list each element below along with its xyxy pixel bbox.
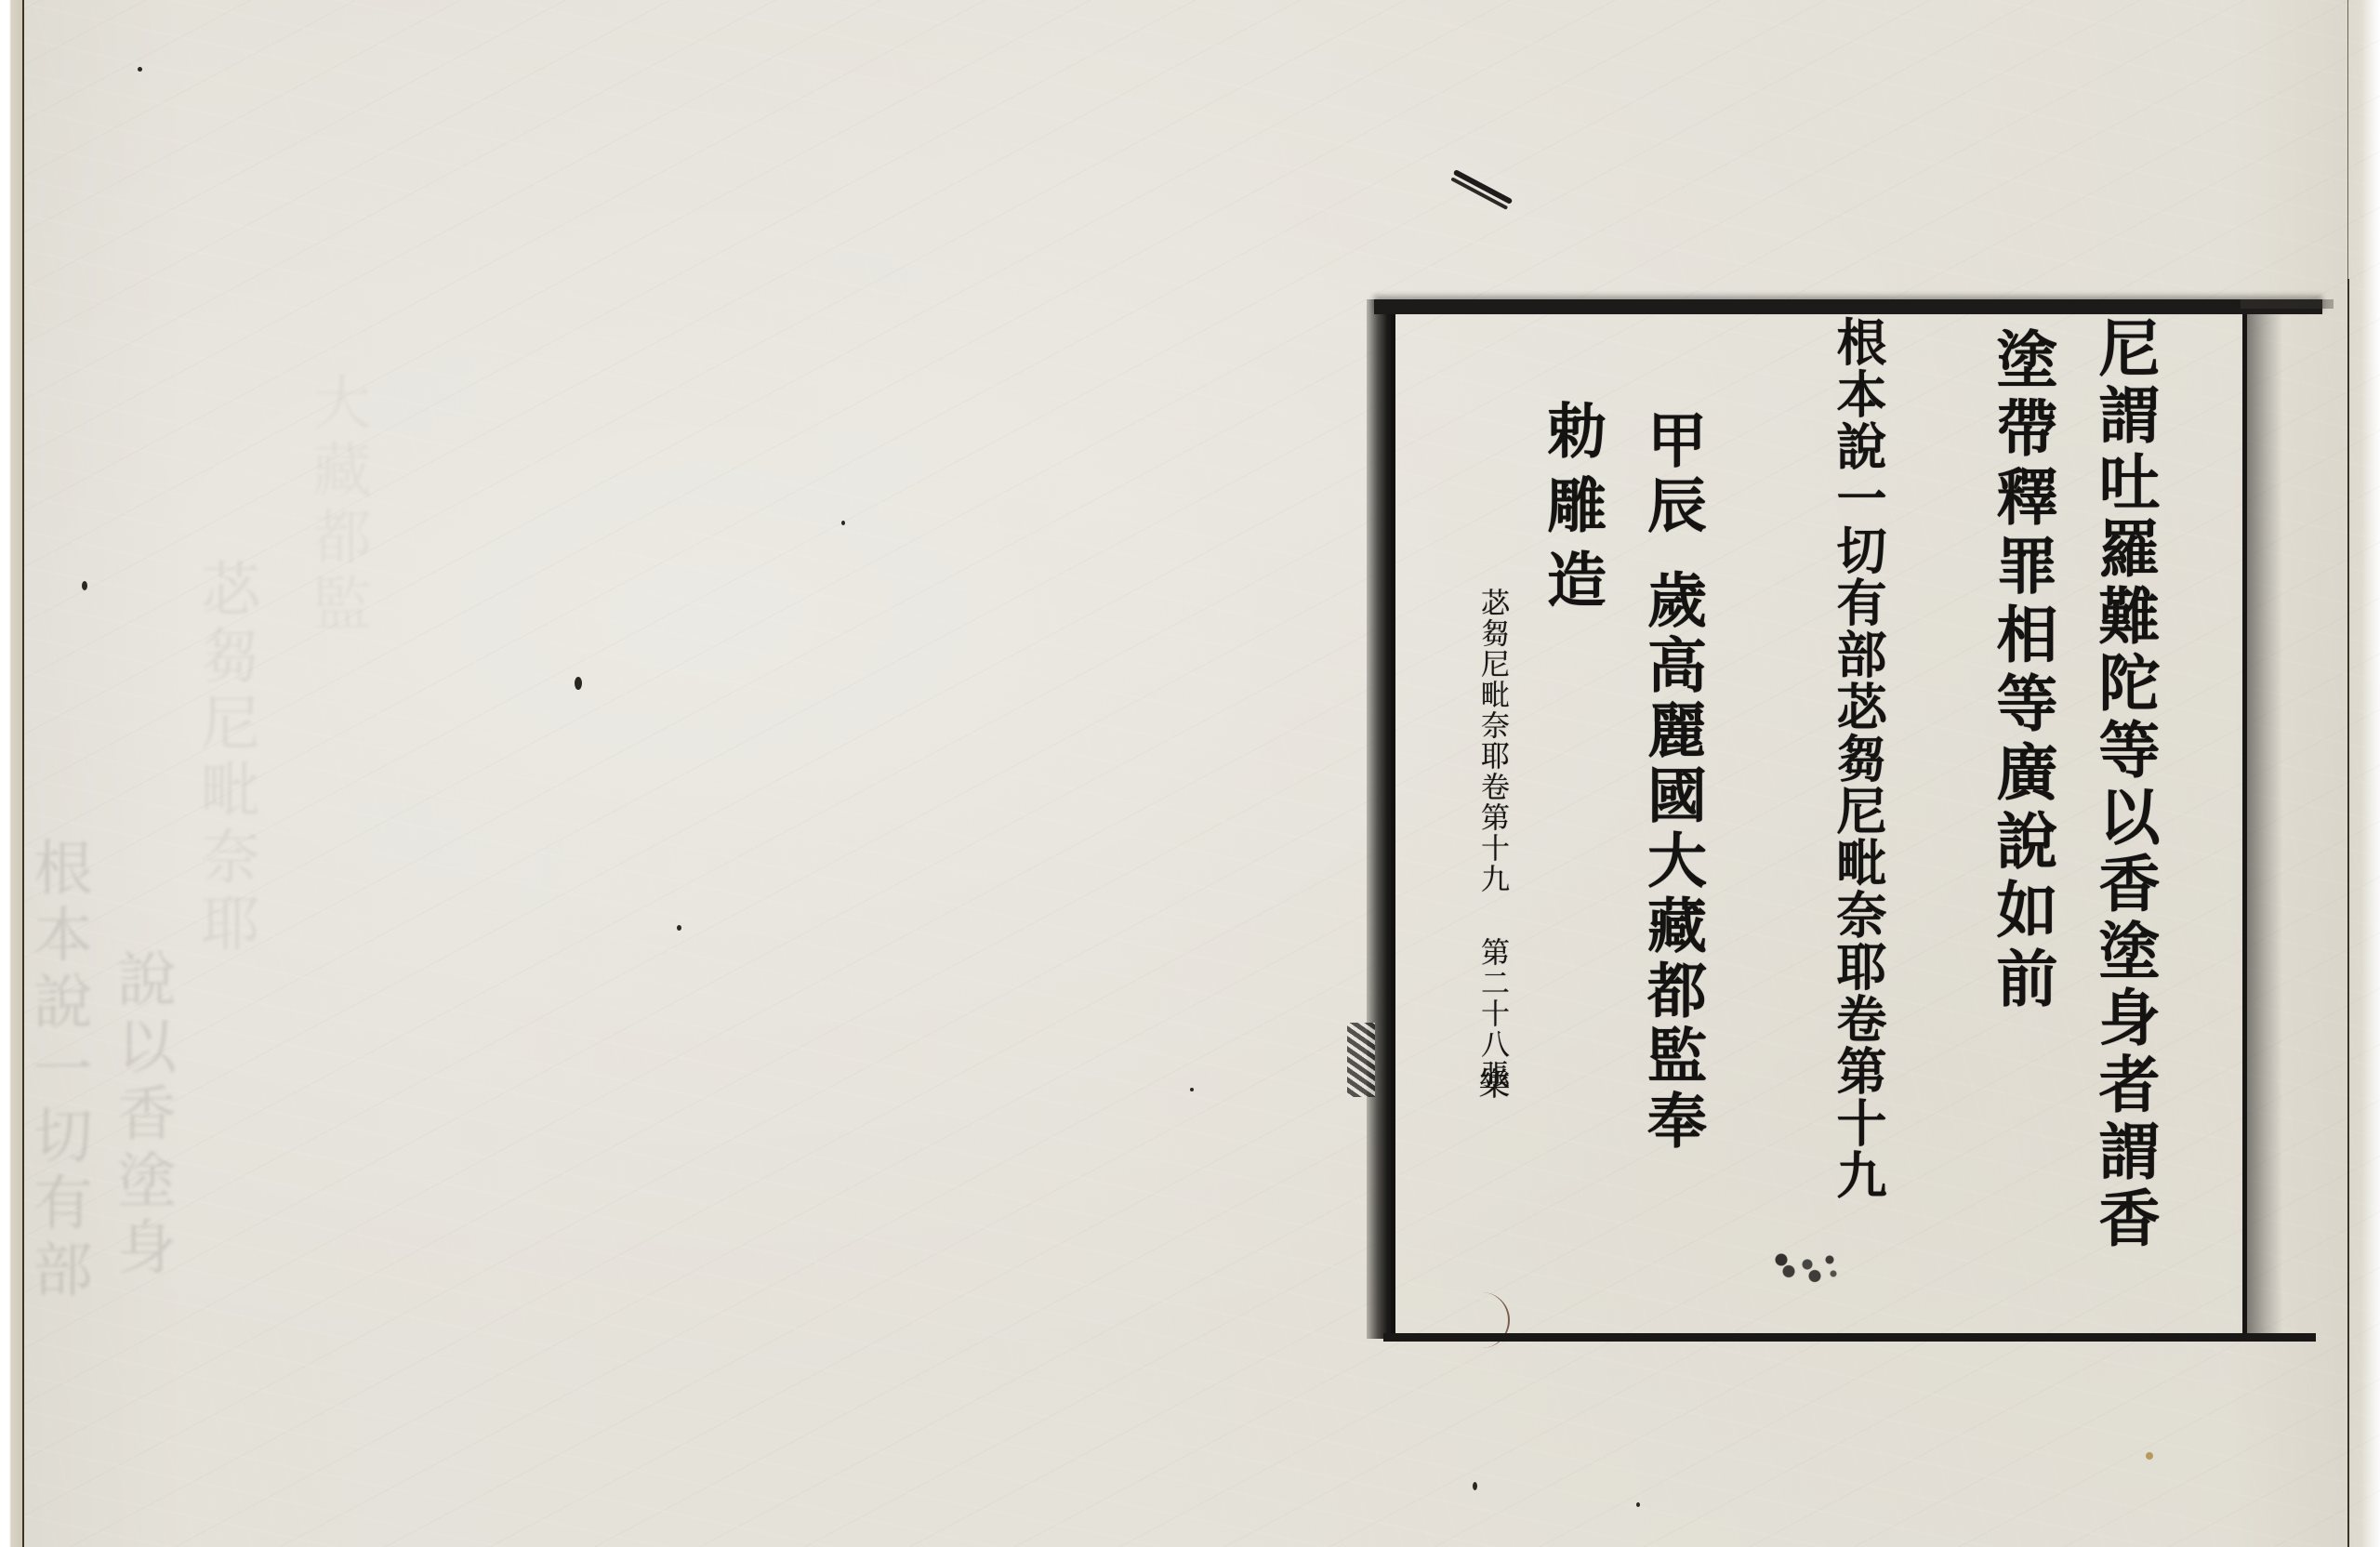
ink-speck xyxy=(677,925,681,931)
ink-speck xyxy=(575,677,582,690)
paper-scratch-mark xyxy=(1453,169,1514,205)
ink-speck xyxy=(138,67,142,72)
colophon-edict-column: 勅雕造 xyxy=(1541,400,1601,623)
worn-carver-mark xyxy=(1766,1241,1841,1288)
right-fold-line xyxy=(2347,279,2349,1547)
ghost-text-column: 苾芻尼毗奈耶 xyxy=(195,558,255,959)
text-column-2: 塗帶釋罪相等廣說如前 xyxy=(1991,327,2053,1015)
right-fold-line-top xyxy=(2347,0,2348,279)
margin-title: 苾芻尼毗奈耶卷第十九 xyxy=(1477,588,1506,894)
ghost-text-column: 根本說一切有部 xyxy=(28,837,87,1305)
serial-character: 樂 xyxy=(1475,1067,1507,1099)
ink-speck xyxy=(841,521,845,525)
block-border-bottom xyxy=(1383,1333,2316,1342)
ink-speck xyxy=(1190,1088,1194,1091)
colophon-column: 歲高麗國大藏都監奉 xyxy=(1642,569,1701,1155)
colophon-date: 甲辰 xyxy=(1642,409,1701,539)
ink-speck xyxy=(82,581,87,590)
stain-spot xyxy=(2146,1452,2153,1460)
block-border-top xyxy=(1374,299,2322,314)
text-column-1: 尼謂吐羅難陀等以香塗身者謂香 xyxy=(2094,316,2155,1253)
ink-speck xyxy=(1473,1482,1477,1490)
sutra-title-column: 根本說一切有部苾芻尼毗奈耶卷第十九 xyxy=(1833,316,1884,1201)
ghost-text-column: 大藏都監 xyxy=(307,372,366,640)
block-border-left xyxy=(1391,314,1395,1335)
ink-speck xyxy=(1636,1502,1640,1507)
block-border-top-extension xyxy=(2241,299,2334,309)
ghost-text-column: 說以香塗身 xyxy=(112,948,171,1283)
worn-edge-mark xyxy=(1347,1023,1375,1097)
block-border-right-band xyxy=(2247,314,2282,1337)
scanned-page: 根本說一切有部 說以香塗身 苾芻尼毗奈耶 大藏都監 尼謂吐羅難陀等以香塗身者謂香… xyxy=(0,0,2380,1547)
left-fold-line xyxy=(22,0,24,1547)
left-page-edge xyxy=(0,0,22,1547)
